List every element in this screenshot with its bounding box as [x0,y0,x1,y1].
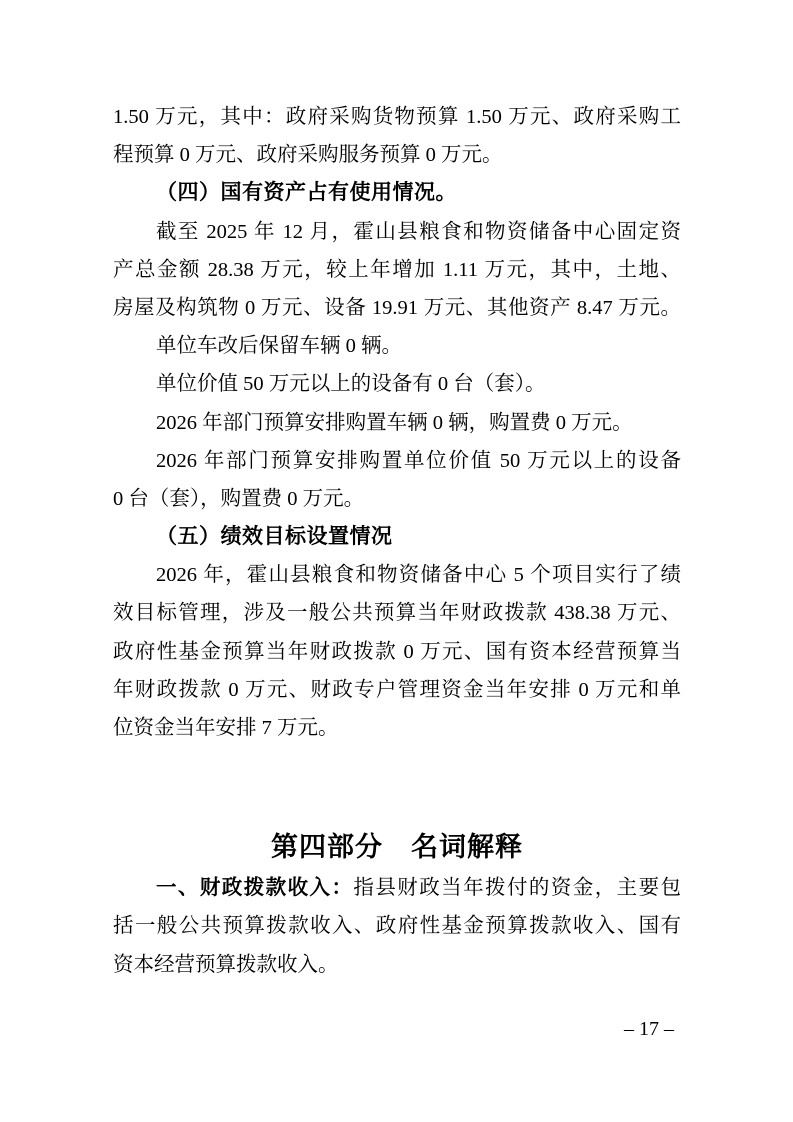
term-lead-bold: 一、财政拨款收入： [156,876,353,899]
section-heading-5: （五）绩效目标设置情况 [113,518,681,556]
document-content: 1.50 万元，其中：政府采购货物预算 1.50 万元、政府采购工 程预算 0 … [113,98,681,1044]
body-line: 0 台（套），购置费 0 万元。 [113,480,681,518]
body-line: 程预算 0 万元、政府采购服务预算 0 万元。 [113,136,681,174]
body-line: 单位价值 50 万元以上的设备有 0 台（套）。 [113,365,681,403]
body-line: 1.50 万元，其中：政府采购货物预算 1.50 万元、政府采购工 [113,98,681,136]
body-line: 2026 年部门预算安排购置单位价值 50 万元以上的设备 [113,442,681,480]
body-line: 单位车改后保留车辆 0 辆。 [113,327,681,365]
body-line: 2026 年部门预算安排购置车辆 0 辆，购置费 0 万元。 [113,404,681,442]
body-line: 效目标管理，涉及一般公共预算当年财政拨款 438.38 万元、 [113,594,681,632]
body-line: 位资金当年安排 7 万元。 [113,709,681,747]
body-line: 房屋及构筑物 0 万元、设备 19.91 万元、其他资产 8.47 万元。 [113,289,681,327]
part4-title: 第四部分 名词解释 [113,825,681,869]
body-line: 年财政拨款 0 万元、财政专户管理资金当年安排 0 万元和单 [113,671,681,709]
page-number: – 17 – [113,1014,681,1044]
body-line: 产总金额 28.38 万元，较上年增加 1.11 万元，其中，土地、 [113,251,681,289]
section-heading-4: （四）国有资产占有使用情况。 [113,174,681,212]
body-line: 一、财政拨款收入：指县财政当年拨付的资金，主要包 [113,869,681,907]
term-definition-start: 指县财政当年拨付的资金，主要包 [353,877,681,899]
body-line: 资本经营预算拨款收入。 [113,946,681,984]
body-line: 2026 年，霍山县粮食和物资储备中心 5 个项目实行了绩 [113,556,681,594]
document-page: 1.50 万元，其中：政府采购货物预算 1.50 万元、政府采购工 程预算 0 … [0,0,793,1122]
body-line: 政府性基金预算当年财政拨款 0 万元、国有资本经营预算当 [113,633,681,671]
body-line: 括一般公共预算拨款收入、政府性基金预算拨款收入、国有 [113,907,681,945]
body-line: 截至 2025 年 12 月，霍山县粮食和物资储备中心固定资 [113,213,681,251]
